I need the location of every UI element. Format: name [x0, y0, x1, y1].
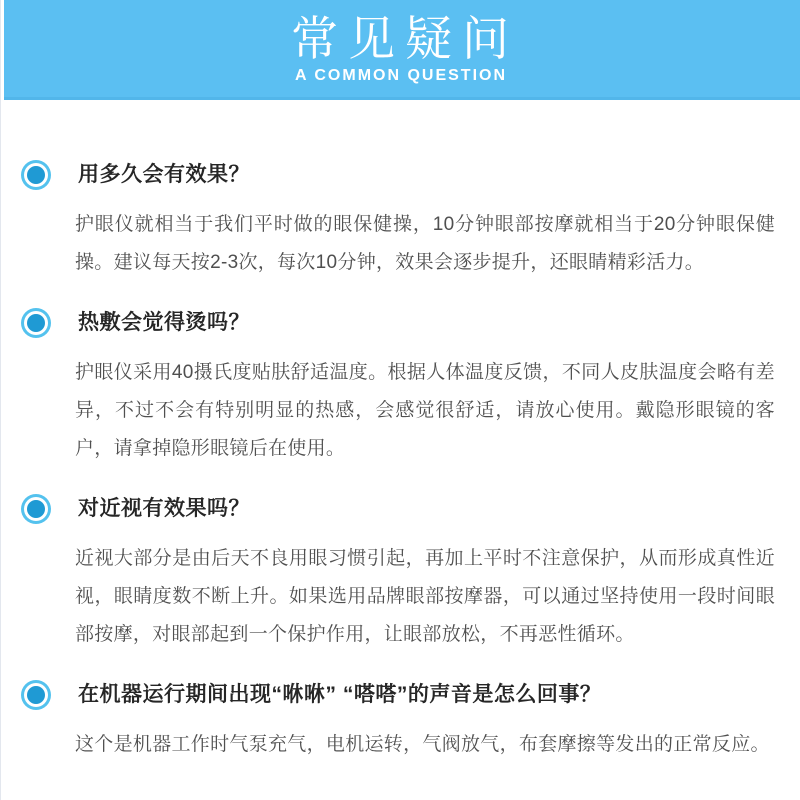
- radio-bullet-icon: [27, 314, 45, 332]
- radio-bullet-icon: [27, 166, 45, 184]
- faq-list: 用多久会有效果？ 护眼仪就相当于我们平时做的眼保健操，10分钟眼部按摩就相当于2…: [0, 100, 800, 764]
- faq-item: 对近视有效果吗？ 近视大部分是由后天不良用眼习惯引起，再加上平时不注意保护，从而…: [24, 494, 772, 654]
- faq-answer: 近视大部分是由后天不良用眼习惯引起，再加上平时不注意保护，从而形成真性近视，眼睛…: [75, 540, 775, 654]
- page-left-edge: [0, 0, 4, 800]
- faq-answer: 这个是机器工作时气泵充气，电机运转，气阀放气，布套摩擦等发出的正常反应。: [75, 726, 775, 764]
- faq-question-row: 对近视有效果吗？: [24, 494, 772, 524]
- faq-question: 对近视有效果吗？: [78, 494, 250, 524]
- radio-bullet-icon: [27, 500, 45, 518]
- faq-question-row: 用多久会有效果？: [24, 160, 772, 190]
- faq-answer: 护眼仪就相当于我们平时做的眼保健操，10分钟眼部按摩就相当于20分钟眼保健操。建…: [75, 206, 775, 282]
- radio-bullet-icon: [27, 686, 45, 704]
- faq-question: 用多久会有效果？: [78, 160, 250, 190]
- page-subtitle: A COMMON QUESTION: [293, 67, 507, 85]
- faq-item: 用多久会有效果？ 护眼仪就相当于我们平时做的眼保健操，10分钟眼部按摩就相当于2…: [24, 160, 772, 282]
- header-banner: 常见疑问 A COMMON QUESTION: [0, 0, 800, 100]
- faq-question-row: 在机器运行期间出现“咻咻” “嗒嗒”的声音是怎么回事？: [24, 680, 772, 710]
- faq-question: 热敷会觉得烫吗？: [78, 308, 250, 338]
- faq-question-row: 热敷会觉得烫吗？: [24, 308, 772, 338]
- faq-item: 热敷会觉得烫吗？ 护眼仪采用40摄氏度贴肤舒适温度。根据人体温度反馈，不同人皮肤…: [24, 308, 772, 468]
- faq-item: 在机器运行期间出现“咻咻” “嗒嗒”的声音是怎么回事？ 这个是机器工作时气泵充气…: [24, 680, 772, 764]
- faq-answer: 护眼仪采用40摄氏度贴肤舒适温度。根据人体温度反馈，不同人皮肤温度会略有差异，不…: [75, 354, 775, 468]
- page-title: 常见疑问: [281, 14, 519, 63]
- faq-question: 在机器运行期间出现“咻咻” “嗒嗒”的声音是怎么回事？: [78, 680, 601, 710]
